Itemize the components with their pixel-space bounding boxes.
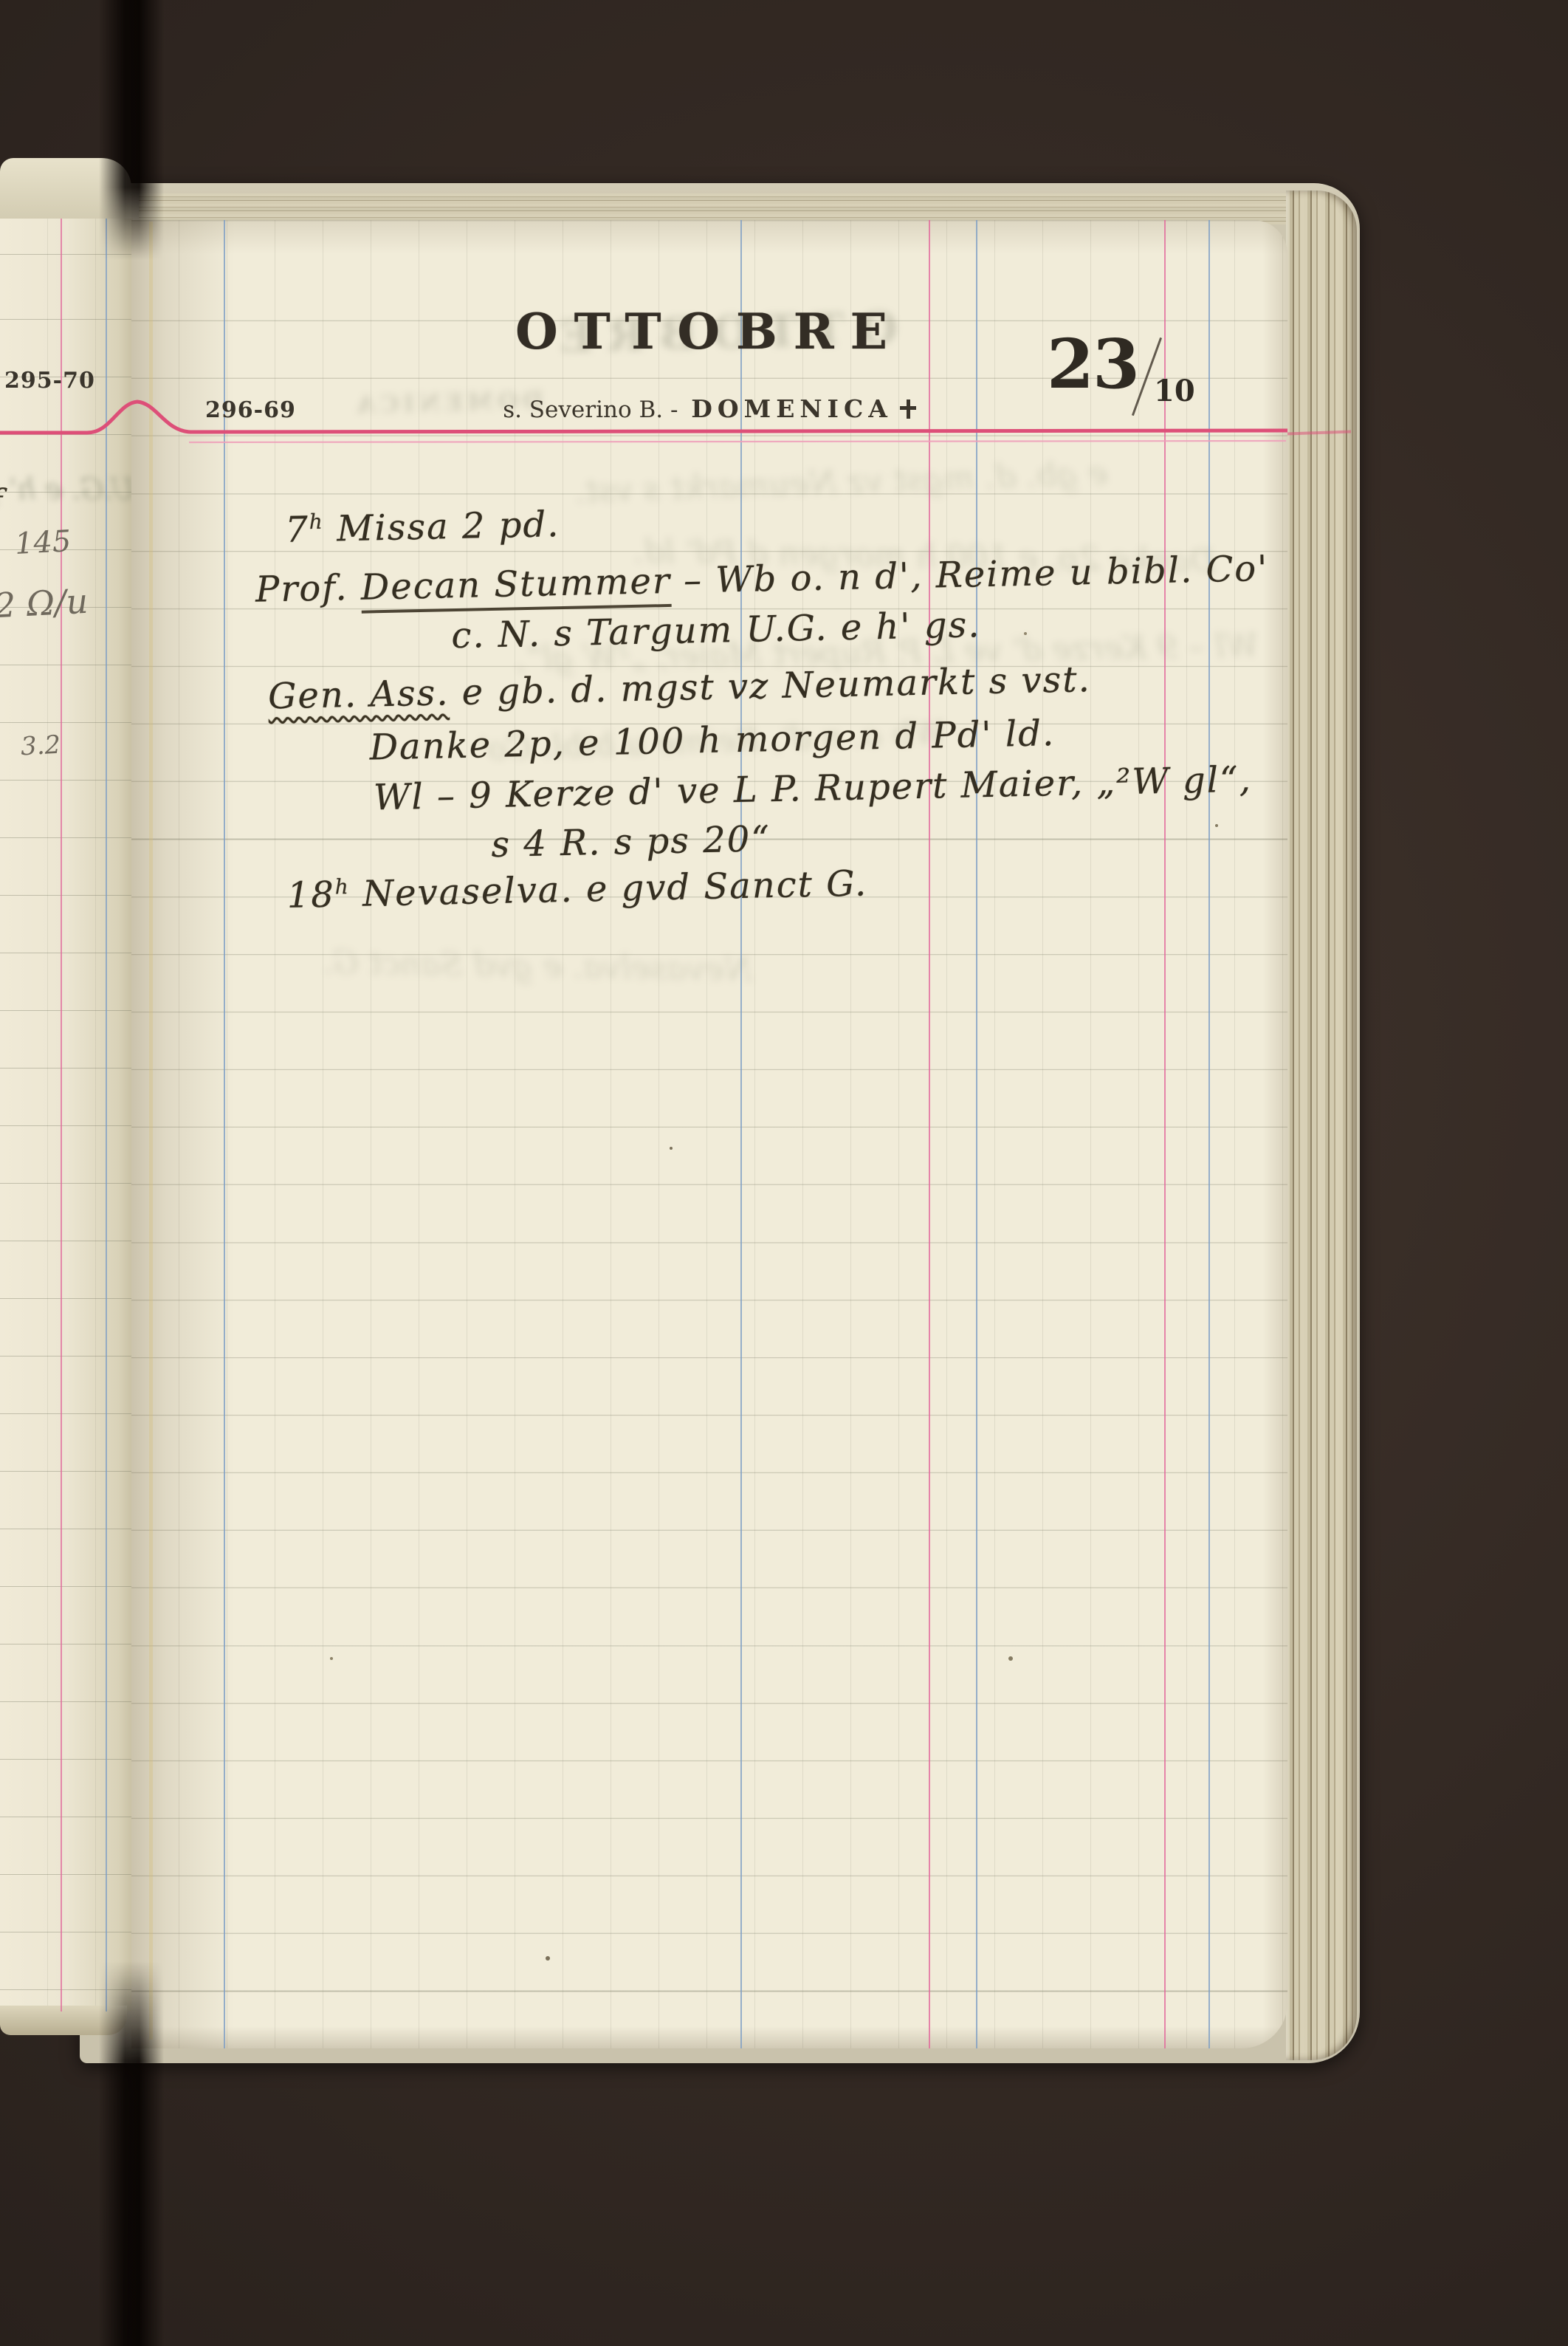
handwriting-line: 18h Nevaselva. e gvd Sanct G. xyxy=(286,862,867,916)
main-page: OTTOBRE DOMENICA e gb. d. mgst vz Neumar… xyxy=(131,220,1287,2048)
page-stack-edge xyxy=(1286,191,1357,2060)
gutter-shadow xyxy=(99,1961,164,2346)
scanned-diary-page: 295-70 c. N. s Targum U.G. e h' gs. 145 … xyxy=(0,0,1568,2346)
ink-fragment: f xyxy=(0,481,2,521)
handwriting-line: Gen. Ass. e gb. d. mgst vz Neumarkt s vs… xyxy=(268,659,1092,717)
margin-note: 145 xyxy=(14,524,72,561)
handwritten-entries: 7h Missa 2 pd. Prof. Decan Stummer – Wb … xyxy=(125,199,1299,1035)
handwriting-line: Danke 2p, e 100 h morgen d Pd' ld. xyxy=(369,713,1056,768)
handwriting-line: 7h Missa 2 pd. xyxy=(285,504,560,551)
handwriting-line: Wl – 9 Kerze d' ve L P. Rupert Maier, „²… xyxy=(373,758,1252,818)
margin-note: 2 Ω/u xyxy=(0,581,89,626)
handwriting-line: s 4 R. s ps 20“ xyxy=(491,818,771,865)
gutter-highlight xyxy=(149,222,153,2040)
gutter-shadow xyxy=(99,0,164,260)
handwriting-line: Prof. Decan Stummer – Wb o. n d', Reime … xyxy=(255,548,1269,611)
paper-specks xyxy=(670,1147,673,1150)
handwriting-line: c. N. s Targum U.G. e h' gs. xyxy=(451,604,981,656)
margin-note: 3.2 xyxy=(20,730,61,762)
header-rule xyxy=(0,369,1299,465)
